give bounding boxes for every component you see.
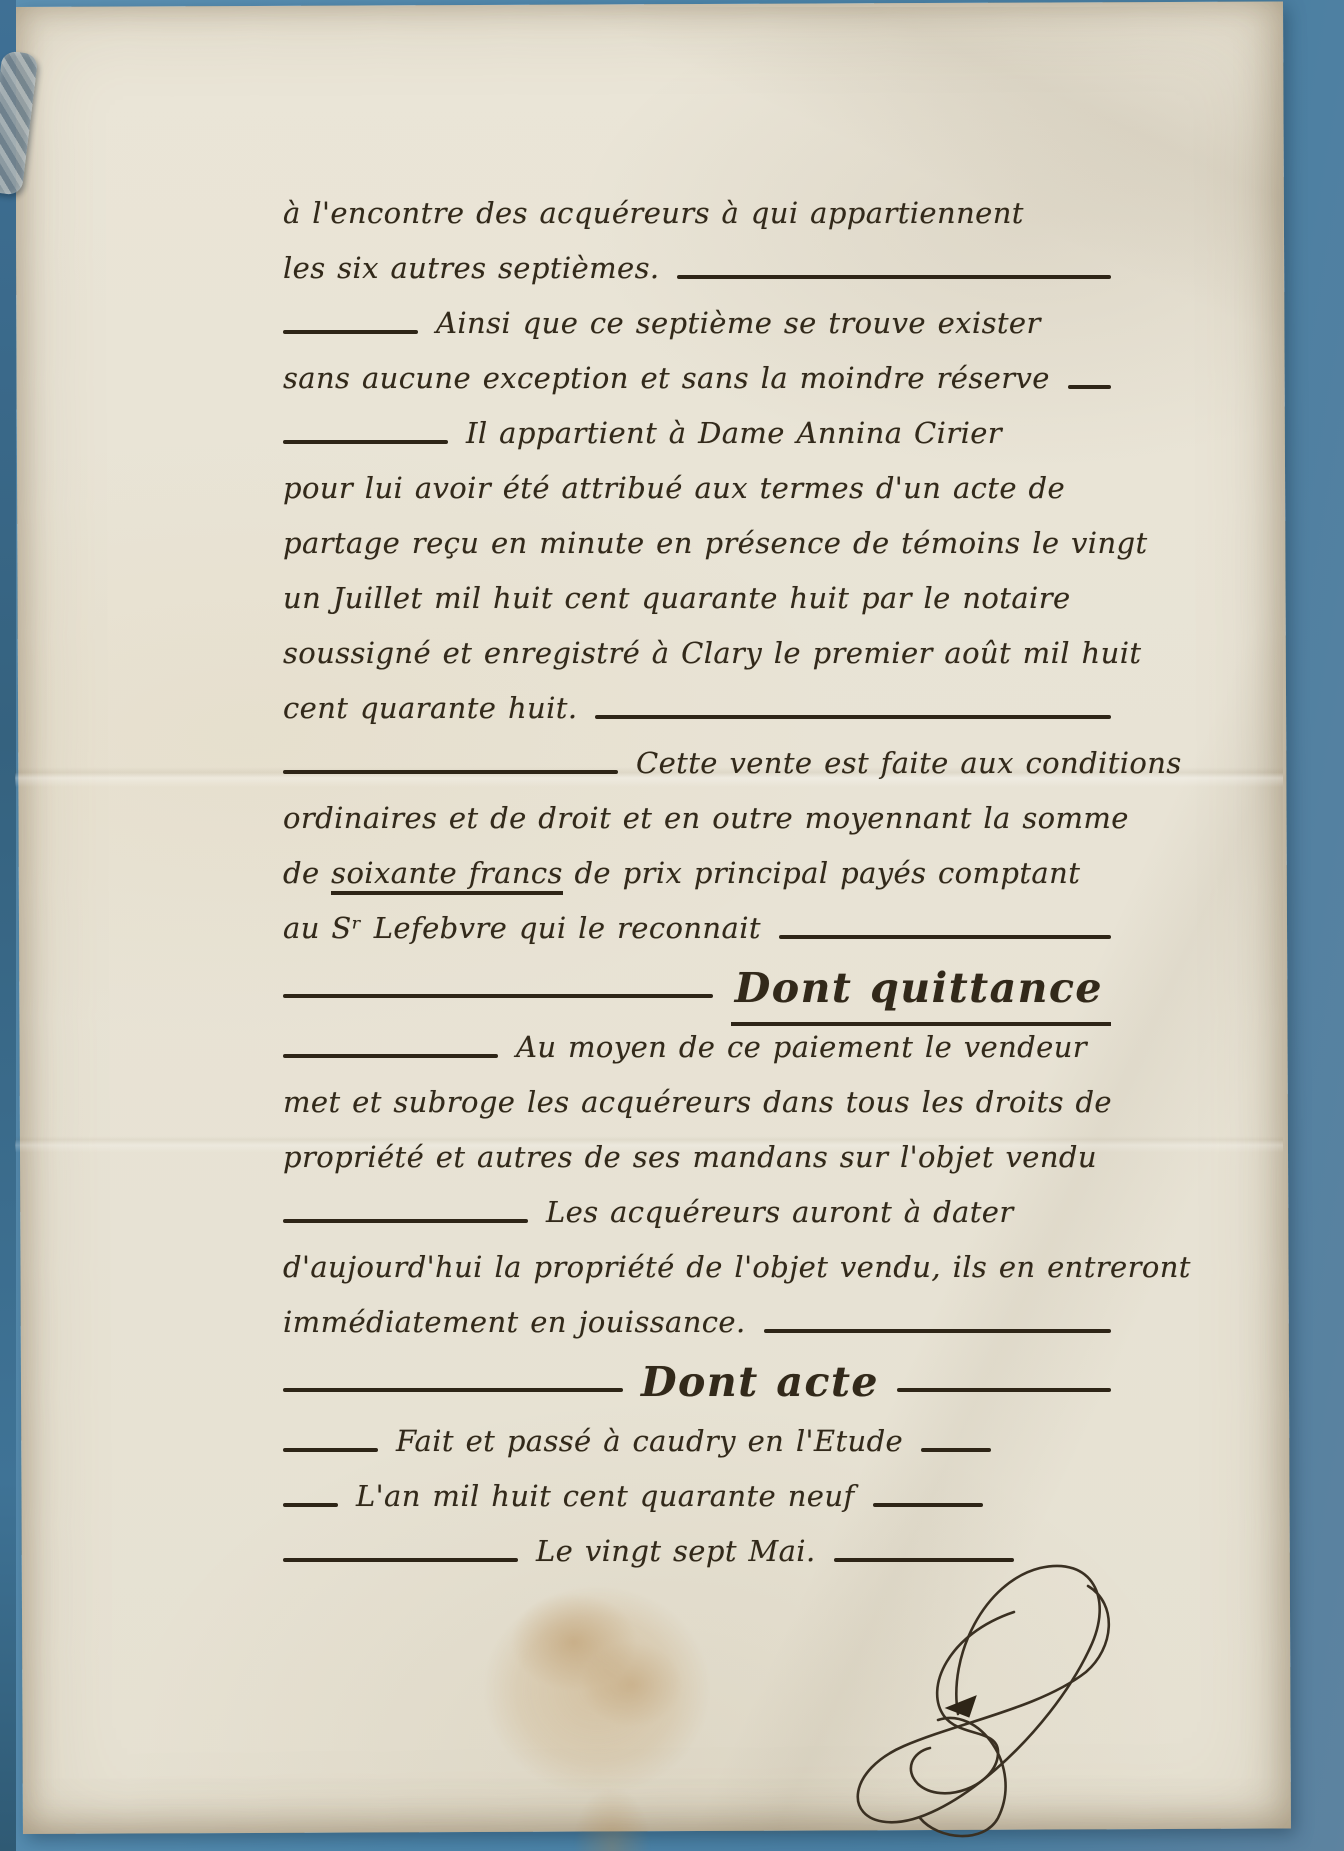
ink-rule: [283, 1388, 623, 1392]
section-heading-text: Dont quittance: [731, 956, 1111, 1026]
manuscript-line: au Sʳ Lefebvre qui le reconnait: [283, 901, 1111, 956]
line-text: partage reçu en minute en présence de té…: [283, 516, 1148, 571]
line-text: met et subroge les acquéreurs dans tous …: [283, 1075, 1112, 1130]
manuscript-line: L'an mil huit cent quarante neuf: [283, 1469, 1111, 1524]
manuscript-line: soussigné et enregistré à Clary le premi…: [283, 626, 1111, 681]
manuscript-line: Cette vente est faite aux conditions: [283, 736, 1111, 791]
ink-rule: [283, 1219, 528, 1223]
ink-rule: [283, 1558, 518, 1562]
ink-rule: [873, 1503, 983, 1507]
manuscript-line: sans aucune exception et sans la moindre…: [283, 351, 1111, 406]
ink-rule: [677, 275, 1111, 279]
ink-rule: [764, 1329, 1111, 1333]
line-text-part: de prix principal payés comptant: [563, 856, 1080, 890]
manuscript-line: pour lui avoir été attribué aux termes d…: [283, 461, 1111, 516]
line-text: au Sʳ Lefebvre qui le reconnait: [283, 901, 761, 956]
manuscript-line: les six autres septièmes.: [283, 241, 1111, 296]
manuscript-line: de soixante francs de prix principal pay…: [283, 846, 1111, 901]
line-text: Il appartient à Dame Annina Cirier: [466, 406, 1002, 461]
manuscript-line: à l'encontre des acquéreurs à qui appart…: [283, 186, 1111, 241]
line-text: sans aucune exception et sans la moindre…: [283, 351, 1050, 406]
line-text: à l'encontre des acquéreurs à qui appart…: [283, 186, 1024, 241]
manuscript-text-block: à l'encontre des acquéreurs à qui appart…: [283, 186, 1111, 1579]
line-text: propriété et autres de ses mandans sur l…: [283, 1130, 1097, 1185]
ink-rule: [897, 1388, 1111, 1392]
section-heading-line: Dont acte: [283, 1350, 1111, 1414]
line-text: d'aujourd'hui la propriété de l'objet ve…: [283, 1240, 1191, 1295]
line-text: Le vingt sept Mai.: [536, 1524, 816, 1579]
ink-rule: [595, 715, 1111, 719]
line-text: Au moyen de ce paiement le vendeur: [516, 1020, 1087, 1075]
line-text: ordinaires et de droit et en outre moyen…: [283, 791, 1129, 846]
line-text: un Juillet mil huit cent quarante huit p…: [283, 571, 1071, 626]
ink-rule: [779, 935, 1111, 939]
manuscript-line: ordinaires et de droit et en outre moyen…: [283, 791, 1111, 846]
line-text: soussigné et enregistré à Clary le premi…: [283, 626, 1141, 681]
manuscript-line: d'aujourd'hui la propriété de l'objet ve…: [283, 1240, 1111, 1295]
line-text: L'an mil huit cent quarante neuf: [356, 1469, 855, 1524]
manuscript-line: propriété et autres de ses mandans sur l…: [283, 1130, 1111, 1185]
line-text: pour lui avoir été attribué aux termes d…: [283, 461, 1065, 516]
notary-signature-flourish: [788, 1556, 1138, 1844]
ink-rule: [1068, 385, 1111, 389]
line-text-part: de: [283, 856, 331, 890]
ink-rule: [921, 1448, 991, 1452]
ink-rule: [283, 1054, 498, 1058]
line-text: les six autres septièmes.: [283, 241, 659, 296]
ink-rule: [283, 994, 713, 998]
line-text: Ainsi que ce septième se trouve exister: [436, 296, 1041, 351]
manuscript-line: un Juillet mil huit cent quarante huit p…: [283, 571, 1111, 626]
manuscript-line: Fait et passé à caudry en l'Etude: [283, 1414, 1111, 1469]
manuscript-line: Ainsi que ce septième se trouve exister: [283, 296, 1111, 351]
section-heading-text: Dont acte: [641, 1350, 879, 1414]
ink-rule: [283, 1448, 378, 1452]
manuscript-line: partage reçu en minute en présence de té…: [283, 516, 1111, 571]
line-text: Fait et passé à caudry en l'Etude: [396, 1414, 903, 1469]
manuscript-line: Il appartient à Dame Annina Cirier: [283, 406, 1111, 461]
manuscript-line: met et subroge les acquéreurs dans tous …: [283, 1075, 1111, 1130]
ink-rule: [283, 770, 618, 774]
line-text: Cette vente est faite aux conditions: [636, 736, 1182, 791]
manuscript-line: immédiatement en jouissance.: [283, 1295, 1111, 1350]
ink-rule: [283, 440, 448, 444]
section-heading-line: Dont quittance: [283, 956, 1111, 1020]
line-text: cent quarante huit.: [283, 681, 577, 736]
line-text: immédiatement en jouissance.: [283, 1295, 746, 1350]
line-text: Les acquéreurs auront à dater: [546, 1185, 1014, 1240]
line-text: de soixante francs de prix principal pay…: [283, 846, 1080, 901]
manuscript-line: Au moyen de ce paiement le vendeur: [283, 1020, 1111, 1075]
underlined-phrase: soixante francs: [331, 856, 563, 895]
ink-rule: [283, 330, 418, 334]
manuscript-line: cent quarante huit.: [283, 681, 1111, 736]
scanned-document-page: à l'encontre des acquéreurs à qui appart…: [0, 0, 1344, 1851]
ink-rule: [283, 1503, 338, 1507]
manuscript-line: Les acquéreurs auront à dater: [283, 1185, 1111, 1240]
